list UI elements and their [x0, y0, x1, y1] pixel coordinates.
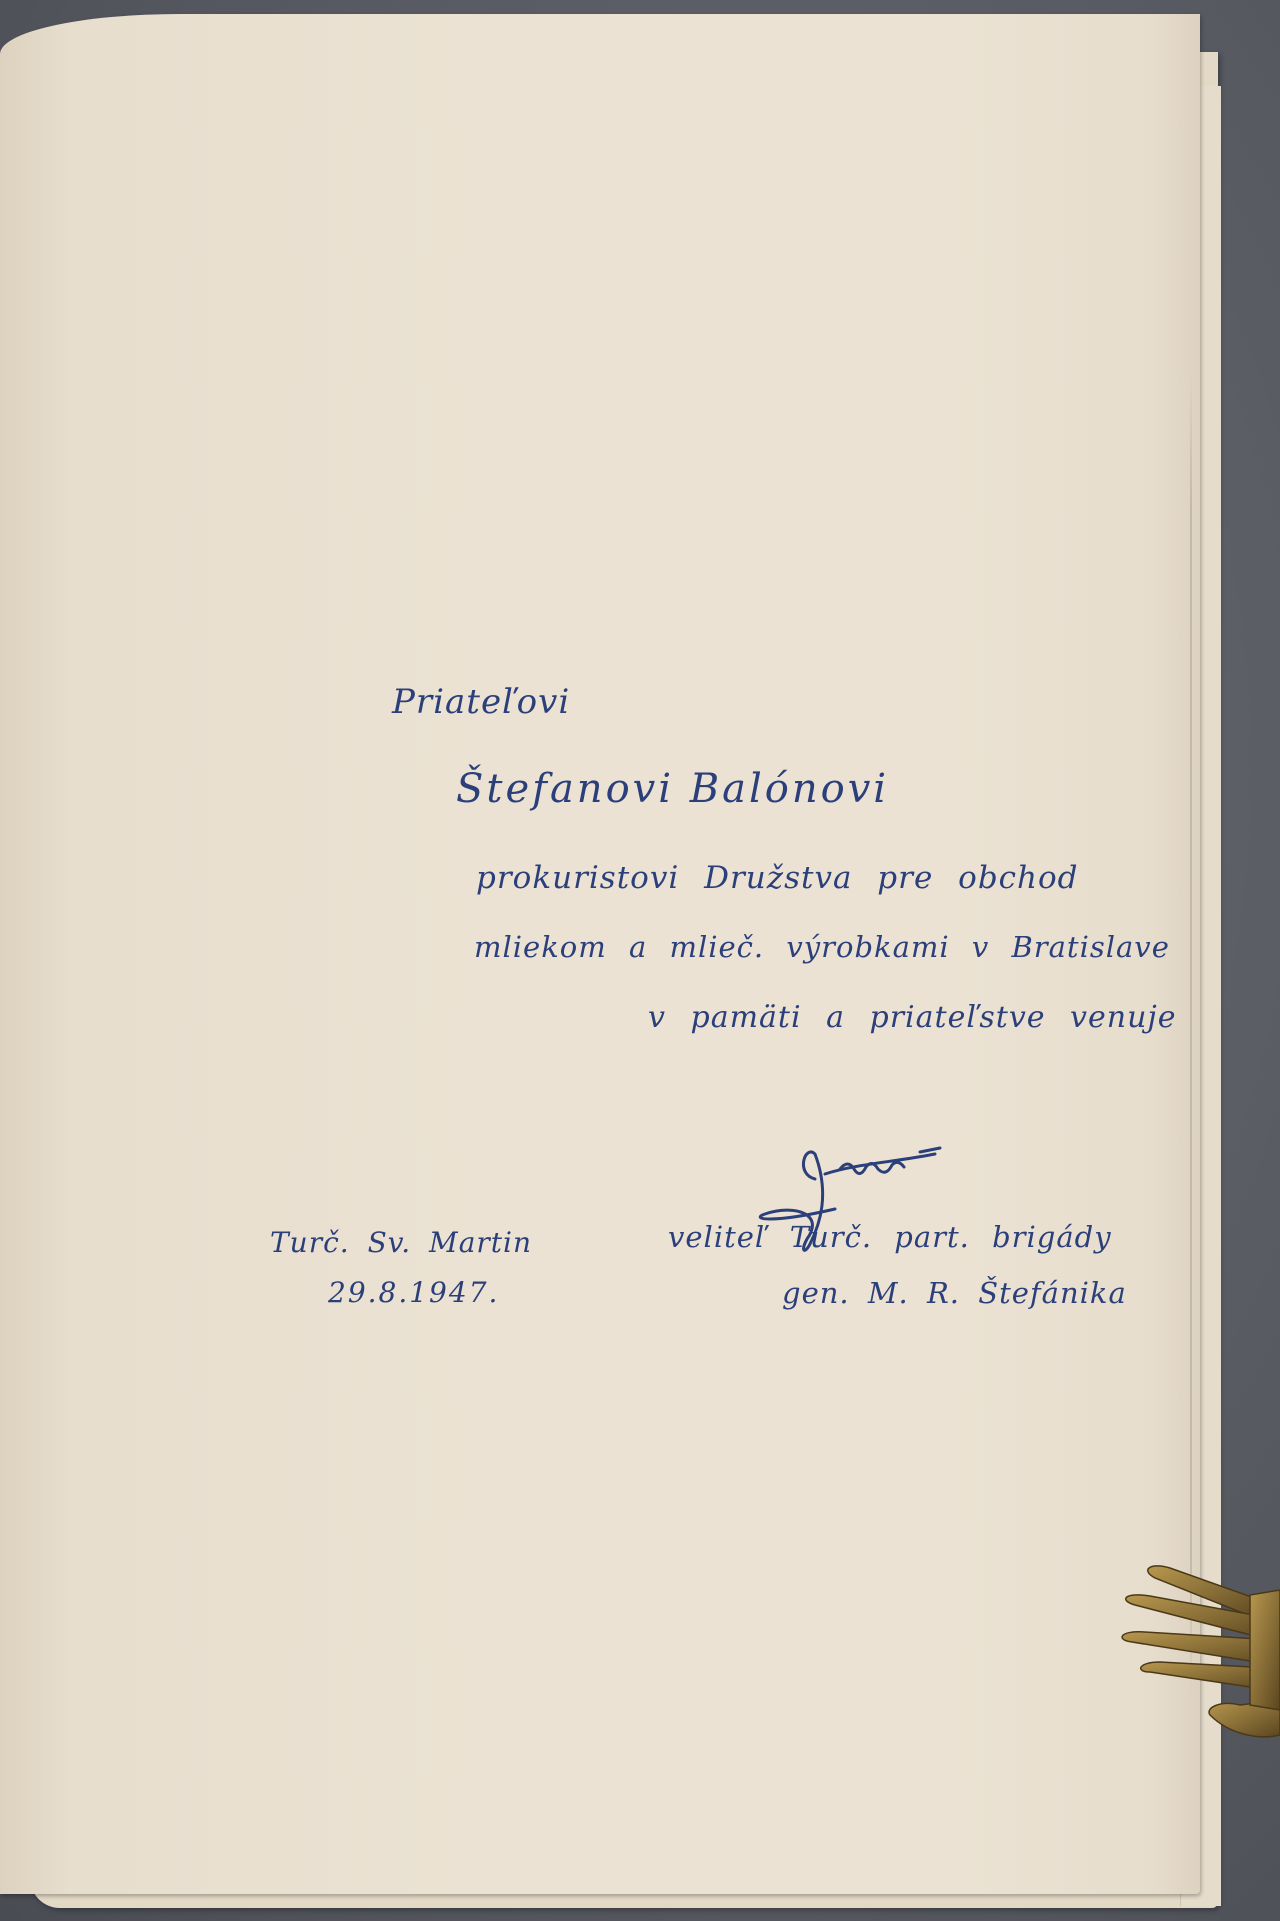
page-fold-line: [1190, 374, 1192, 1694]
book-page: Priateľovi Štefanovi Balónovi prokuristo…: [0, 14, 1200, 1894]
signer-title: veliteľ Turč. part. brigády: [668, 1220, 1112, 1254]
brass-hand-page-holder-icon: [1110, 1500, 1280, 1760]
dedication-place: Turč. Sv. Martin: [270, 1226, 532, 1259]
dedication-recipient: Štefanovi Balónovi: [456, 766, 889, 812]
dedication-date: 29.8.1947.: [328, 1276, 499, 1309]
dedication-salutation: Priateľovi: [392, 682, 570, 722]
dedication-body-line: v pamäti a priateľstve venuje: [648, 1000, 1176, 1035]
signer-title: gen. M. R. Štefánika: [782, 1276, 1127, 1310]
dedication-body-line: mliekom a mlieč. výrobkami v Bratislave: [474, 930, 1170, 964]
dedication-body-line: prokuristovi Družstva pre obchod: [476, 860, 1079, 896]
